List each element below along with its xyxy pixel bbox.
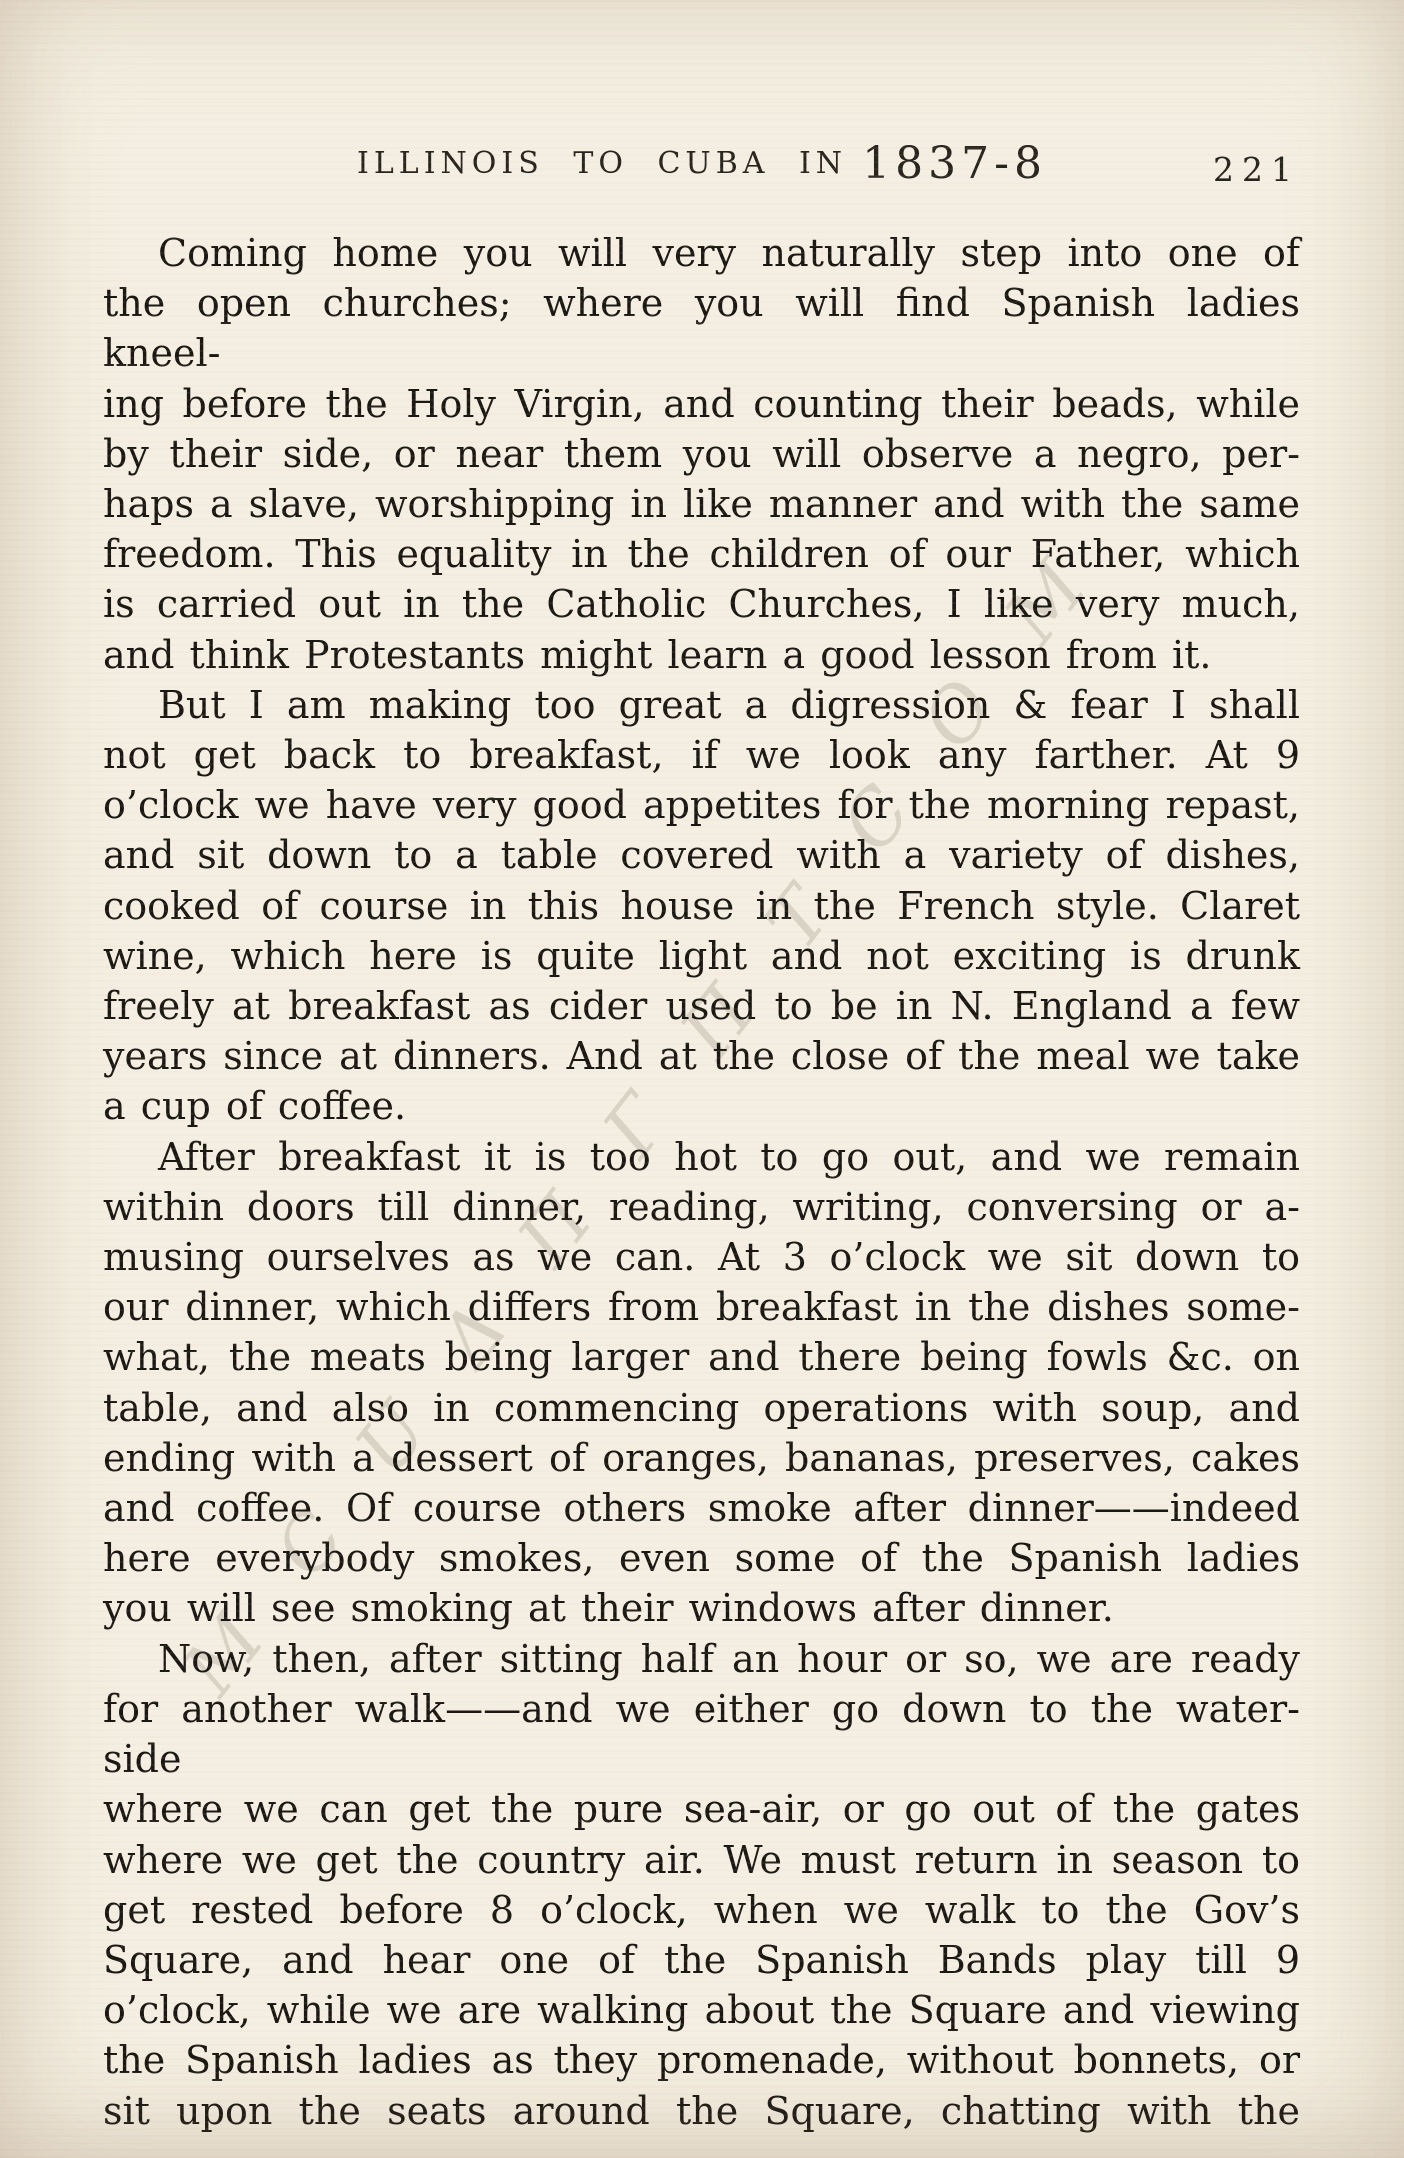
text-line: freedom. This equality in the children o… [103, 529, 1300, 579]
text-line: cooked of course in this house in the Fr… [103, 881, 1300, 931]
header-title: ILLINOIS TO CUBA IN [357, 146, 847, 181]
text-line: where we get the country air. We must re… [103, 1835, 1300, 1885]
header-year: 1837-8 [862, 138, 1047, 189]
paragraph: Coming home you will very naturally step… [103, 228, 1300, 680]
text-line: Coming home you will very naturally step… [103, 228, 1300, 278]
text-line: get rested before 8 o’clock, when we wal… [103, 1885, 1300, 1935]
text-line: and think Protestants might learn a good… [103, 630, 1300, 680]
text-line: not get back to breakfast, if we look an… [103, 730, 1300, 780]
text-line: ending with a dessert of oranges, banana… [103, 1433, 1300, 1483]
text-line: o’clock we have very good appetites for … [103, 780, 1300, 830]
text-line: After breakfast it is too hot to go out,… [103, 1132, 1300, 1182]
book-page: ΜCUΔΠΓΠTCOM ILLINOIS TO CUBA IN 1837-8 2… [0, 0, 1404, 2158]
text-line: sit upon the seats around the Square, ch… [103, 2086, 1300, 2136]
text-line: our dinner, which differs from breakfast… [103, 1282, 1300, 1332]
text-line: you will see smoking at their windows af… [103, 1583, 1300, 1633]
text-line: musing ourselves as we can. At 3 o’clock… [103, 1232, 1300, 1282]
page-body-text: Coming home you will very naturally step… [103, 228, 1300, 2136]
text-line: But I am making too great a digression &… [103, 680, 1300, 730]
paragraph: Now, then, after sitting half an hour or… [103, 1634, 1300, 2136]
text-line: wine, which here is quite light and not … [103, 931, 1300, 981]
text-line: the Spanish ladies as they promenade, wi… [103, 2035, 1300, 2085]
text-line: a cup of coffee. [103, 1081, 1300, 1131]
text-line: haps a slave, worshipping in like manner… [103, 479, 1300, 529]
running-header: ILLINOIS TO CUBA IN 1837-8 [0, 138, 1404, 189]
text-line: what, the meats being larger and there b… [103, 1332, 1300, 1382]
text-line: years since at dinners. And at the close… [103, 1031, 1300, 1081]
text-line: Square, and hear one of the Spanish Band… [103, 1935, 1300, 1985]
text-line: and coffee. Of course others smoke after… [103, 1483, 1300, 1533]
text-line: Now, then, after sitting half an hour or… [103, 1634, 1300, 1684]
text-line: the open churches; where you will find S… [103, 278, 1300, 378]
page-number: 221 [1213, 150, 1300, 189]
text-line: within doors till dinner, reading, writi… [103, 1182, 1300, 1232]
text-line: by their side, or near them you will obs… [103, 429, 1300, 479]
text-line: freely at breakfast as cider used to be … [103, 981, 1300, 1031]
text-line: ing before the Holy Virgin, and counting… [103, 379, 1300, 429]
paragraph: But I am making too great a digression &… [103, 680, 1300, 1132]
text-line: table, and also in commencing operations… [103, 1383, 1300, 1433]
text-line: where we can get the pure sea-air, or go… [103, 1784, 1300, 1834]
text-line: o’clock, while we are walking about the … [103, 1985, 1300, 2035]
text-line: and sit down to a table covered with a v… [103, 830, 1300, 880]
paragraph: After breakfast it is too hot to go out,… [103, 1132, 1300, 1634]
text-line: is carried out in the Catholic Churches,… [103, 579, 1300, 629]
text-line: for another walk——and we either go down … [103, 1684, 1300, 1784]
text-line: here everybody smokes, even some of the … [103, 1533, 1300, 1583]
